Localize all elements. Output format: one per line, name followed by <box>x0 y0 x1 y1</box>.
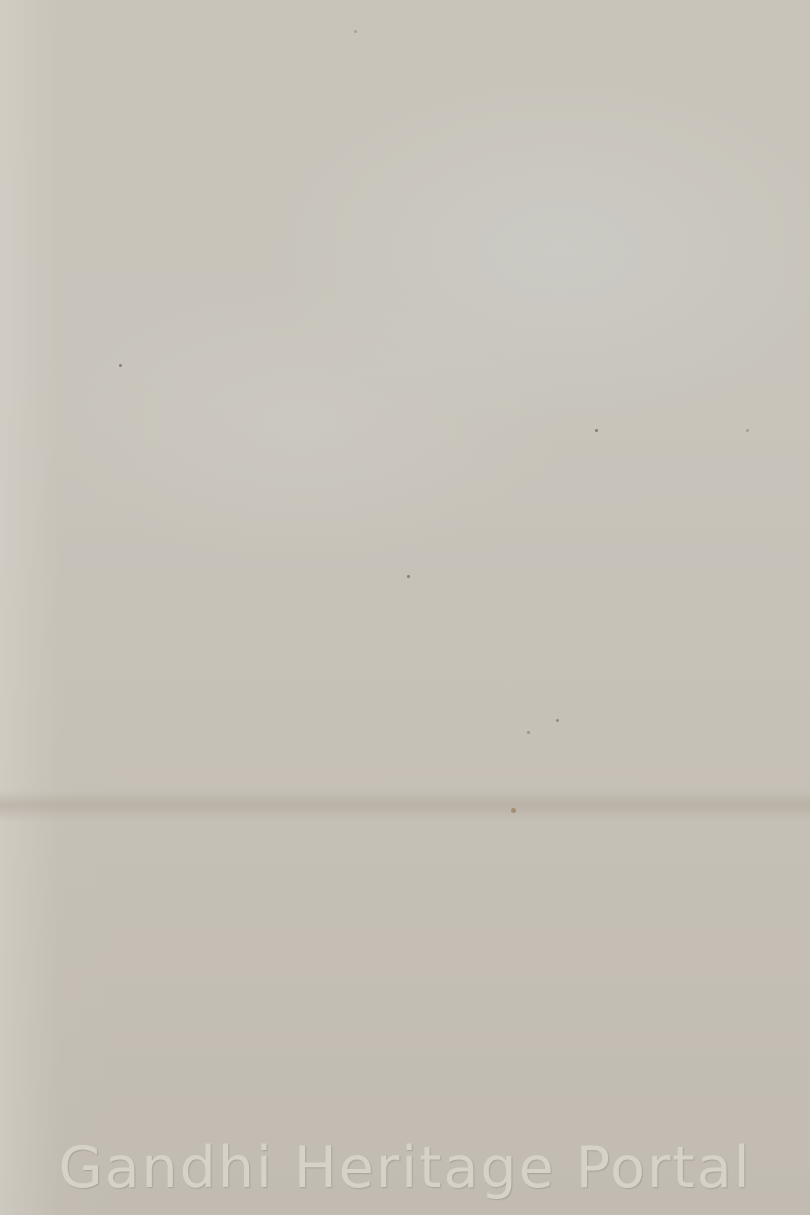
watermark-text: Gandhi Heritage Portal <box>0 1135 810 1201</box>
paper-speck <box>407 575 410 578</box>
paper-speck <box>354 30 357 33</box>
scanned-blank-page: Gandhi Heritage Portal <box>0 0 810 1215</box>
paper-speck <box>556 719 559 722</box>
paper-stain <box>511 808 516 813</box>
paper-speck <box>746 429 749 432</box>
paper-speck <box>527 731 530 734</box>
paper-speck <box>119 364 122 367</box>
paper-speck <box>595 429 598 432</box>
